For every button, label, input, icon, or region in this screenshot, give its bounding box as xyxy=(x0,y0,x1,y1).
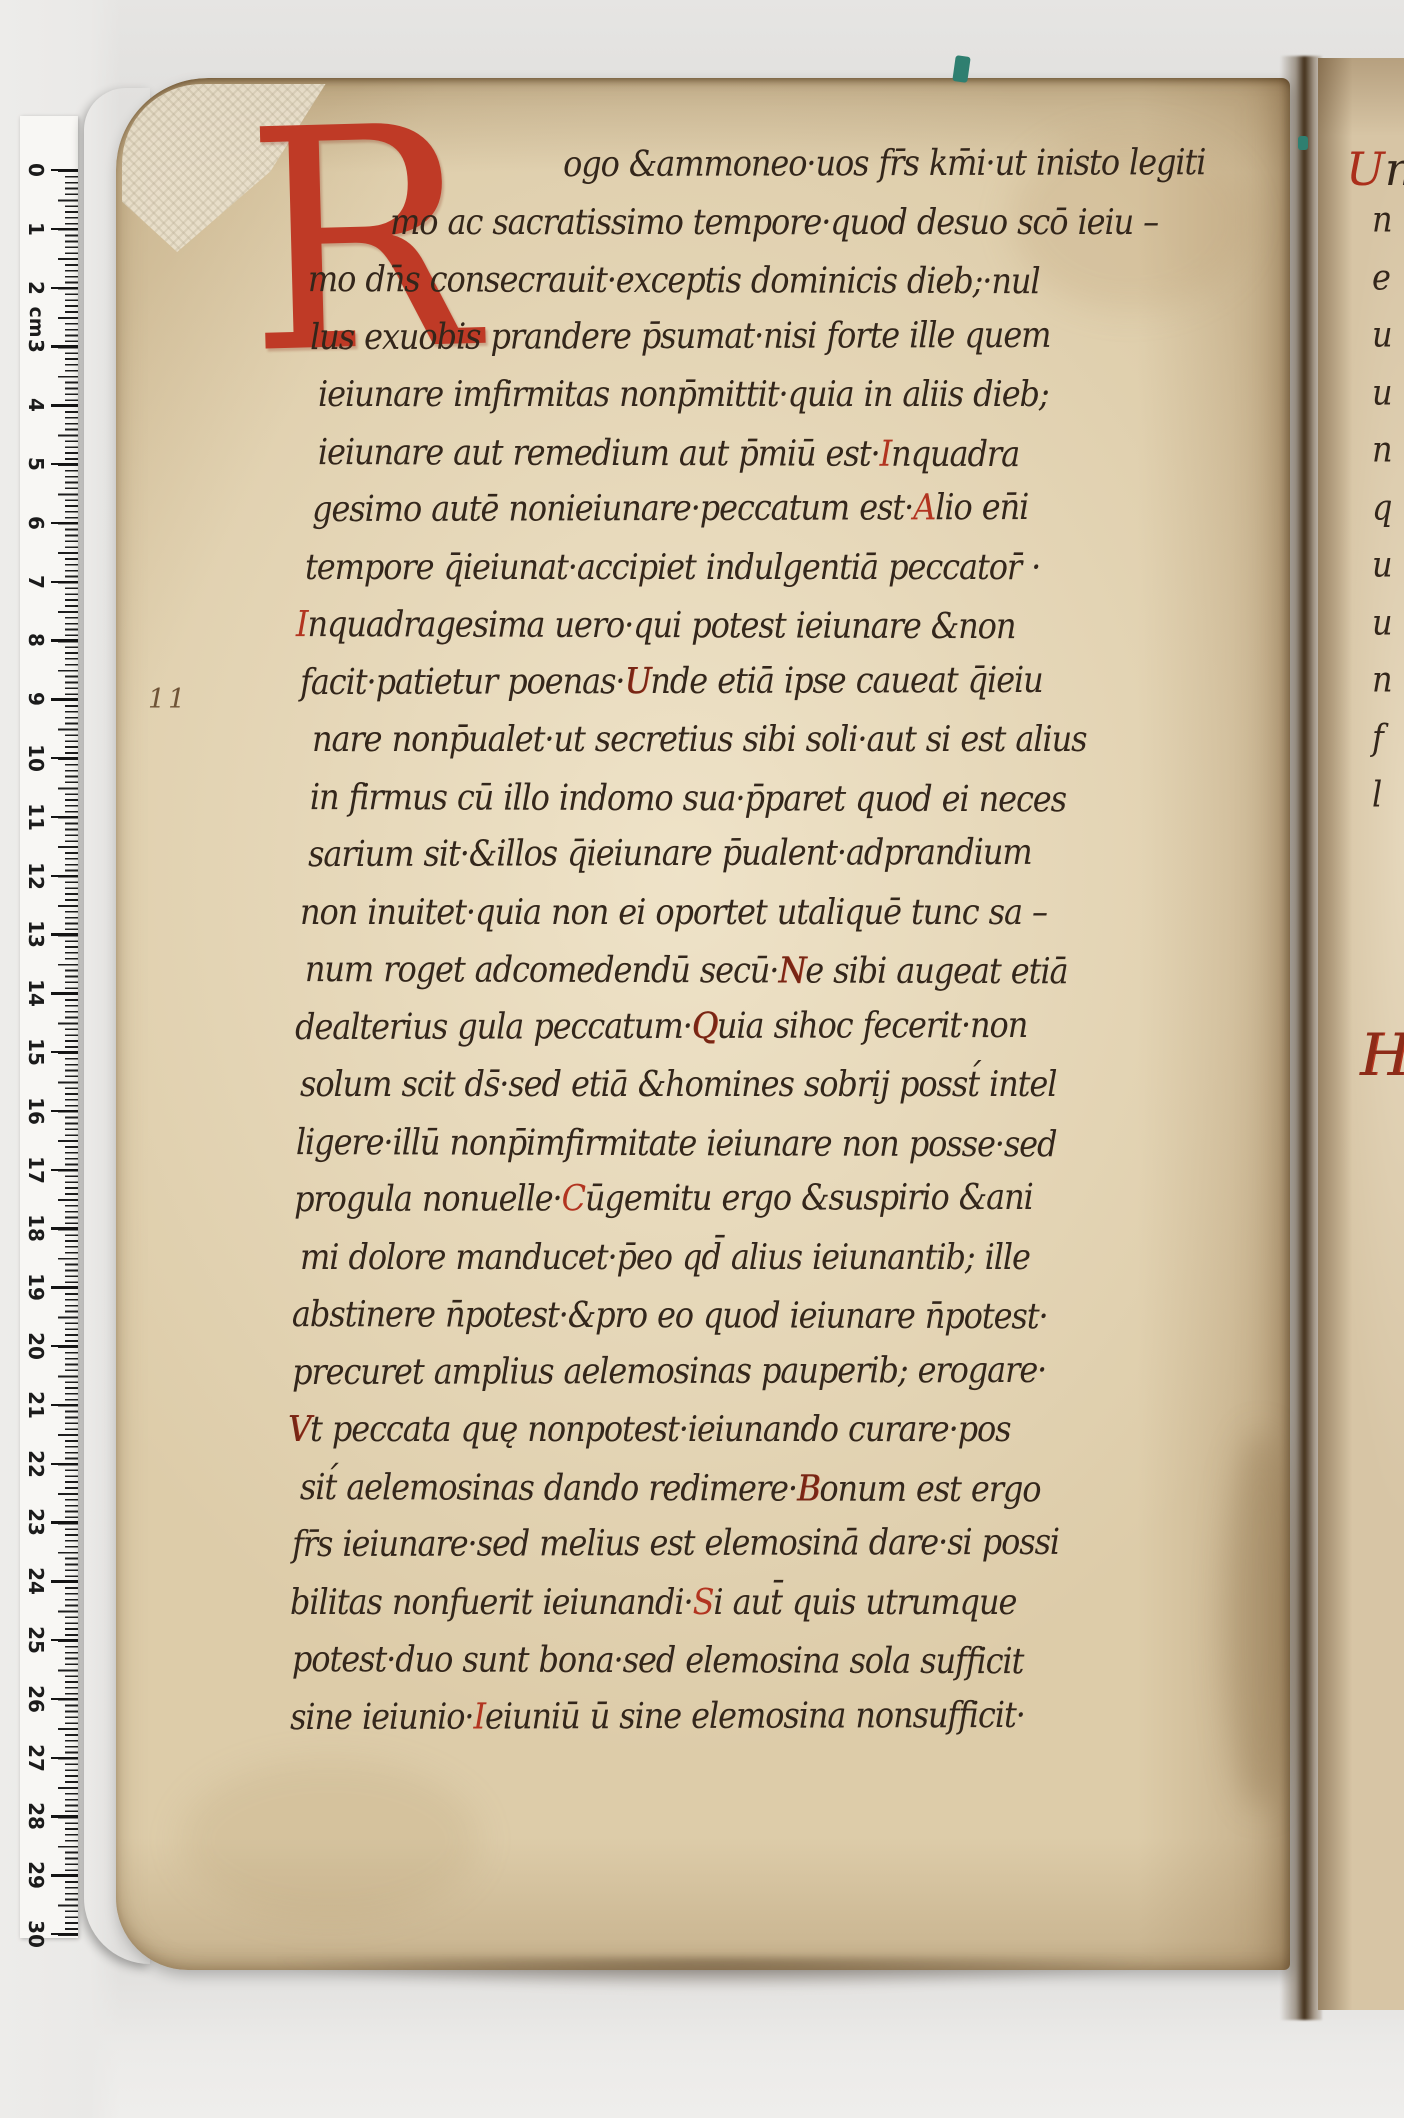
ruler-cm-tick xyxy=(51,169,78,171)
text-line: sine ieiunio·Ieiuniū ū sine elemosina no… xyxy=(290,1688,1025,1742)
ruler-cm-tick xyxy=(51,1698,78,1700)
facing-page-fragment: n xyxy=(1372,653,1393,705)
line-text: nquadragesima uero·qui potest ieiunare &… xyxy=(307,603,1015,648)
line-text: lus exuobis prandere p̄sumat·nisi forte … xyxy=(310,313,1050,358)
ruler-cm-tick xyxy=(51,933,78,935)
rubric-initial: A xyxy=(913,486,935,529)
ruler-cm-tick xyxy=(51,1110,78,1112)
text-line: ligere·illū nonp̄imfirmitate ieiunare no… xyxy=(296,1116,1057,1170)
text-line: abstinere n̄potest·&pro eo quod ieiunare… xyxy=(292,1288,1048,1342)
ruler-number: 27 xyxy=(24,1744,48,1772)
ruler-number: 7 xyxy=(24,568,48,596)
facing-page-fragment: u xyxy=(1372,366,1393,418)
line-text: e sibi augeat etiā xyxy=(805,949,1067,992)
rubric-initial: I xyxy=(880,432,892,475)
ruler-cm-tick xyxy=(51,875,78,877)
text-line: mi dolore manducet·p̄eo qd̄ alius ieiuna… xyxy=(300,1231,1030,1283)
ruler-cm-tick xyxy=(51,1815,78,1817)
ruler-number: 22 xyxy=(24,1450,48,1478)
cm-ruler: cm 0123456789101112131415161718192021222… xyxy=(20,116,78,1938)
line-text: mo ac sacratissimo tempore·quod desuo sc… xyxy=(390,200,1158,243)
line-text: non inuitet·quia non ei oportet utaliquē… xyxy=(300,890,1047,933)
text-line: num roget adcomedendū secū·Ne sibi augea… xyxy=(305,943,1068,997)
ruler-cm-tick xyxy=(51,639,78,641)
text-line: sarium sit·&illos q̄ieiunare p̄ualent·ad… xyxy=(308,826,1032,880)
ruler-cm-tick xyxy=(51,1463,78,1465)
ruler-number: 3 xyxy=(24,332,48,360)
ruler-cm-tick xyxy=(51,698,78,700)
ruler-number: 5 xyxy=(24,450,48,478)
line-text: bilitas nonfuerit ieiunandi· xyxy=(290,1580,693,1623)
line-text: ogo &ammoneo·uos fr̄s km̄i·ut inisto leg… xyxy=(563,141,1205,185)
line-text: in firmus cū illo indomo sua·p̄paret quo… xyxy=(310,775,1066,820)
ruler-cm-tick xyxy=(51,1169,78,1171)
line-text: tempore q̄ieiunat·accipiet indulgentiā p… xyxy=(305,545,1040,588)
ruler-cm-tick xyxy=(51,1286,78,1288)
facing-page-fragment: q xyxy=(1372,481,1392,533)
facing-page-fragment: u xyxy=(1372,596,1393,648)
ruler-number: 20 xyxy=(24,1332,48,1360)
line-text: sine ieiunio· xyxy=(290,1694,473,1737)
line-text: progula nonuelle· xyxy=(294,1177,562,1220)
ruler-number: 6 xyxy=(24,509,48,537)
line-text: gesimo autē nonieiunare·peccatum est· xyxy=(312,486,913,530)
rubric-initial: V xyxy=(288,1407,310,1450)
rubric-initial: U xyxy=(624,659,650,702)
ruler-number: 19 xyxy=(24,1273,48,1301)
line-text: sit́ aelemosinas dando redimere· xyxy=(300,1465,797,1509)
ruler-number: 17 xyxy=(24,1156,48,1184)
line-text: onum est ergo xyxy=(819,1467,1040,1510)
ruler-number: 1 xyxy=(24,215,48,243)
text-line: mo dn̄s consecrauit·exceptis dominicis d… xyxy=(308,253,1040,307)
ruler-cm-tick xyxy=(51,1874,78,1876)
facing-page-fragment: f xyxy=(1372,711,1384,763)
text-line: tempore q̄ieiunat·accipiet indulgentiā p… xyxy=(305,541,1040,593)
ruler-number: 11 xyxy=(24,803,48,831)
ruler-cm-tick xyxy=(51,1345,78,1347)
ruler-cm-tick xyxy=(51,1580,78,1582)
ruler-cm-tick xyxy=(51,1521,78,1523)
text-line: nare nonp̄ualet·ut secretius sibi soli·a… xyxy=(312,713,1086,765)
text-line: ieiunare aut remedium aut p̄miū est·Inqu… xyxy=(318,426,1019,480)
line-text: precuret amplius aelemosinas pauperib; e… xyxy=(292,1348,1046,1393)
ruler-number: 24 xyxy=(24,1567,48,1595)
line-text: fr̄s ieiunare·sed melius est elemosinā d… xyxy=(292,1520,1059,1565)
manuscript-photo: cm 0123456789101112131415161718192021222… xyxy=(0,0,1404,2118)
parchment-stain xyxy=(180,1760,480,1920)
book-bottom-shadow xyxy=(120,1958,1310,2004)
text-line: potest·duo sunt bona·sed elemosina sola … xyxy=(292,1633,1024,1687)
ruler-number: 18 xyxy=(24,1214,48,1242)
facing-page-initial-h: H xyxy=(1360,1026,1404,1084)
rubric-initial: I xyxy=(473,1694,485,1737)
ruler-number: 2 xyxy=(24,274,48,302)
line-text: ieiunare aut remedium aut p̄miū est· xyxy=(318,430,880,474)
text-line: dealterius gula peccatum·Quia sihoc fece… xyxy=(295,998,1027,1052)
line-text: sarium sit·&illos q̄ieiunare p̄ualent·ad… xyxy=(308,830,1032,875)
ruler-number: 16 xyxy=(24,1097,48,1125)
line-text: dealterius gula peccatum· xyxy=(295,1004,692,1048)
line-text: nare nonp̄ualet·ut secretius sibi soli·a… xyxy=(312,717,1086,760)
ruler-cm-tick xyxy=(51,816,78,818)
ruler-cm-tick xyxy=(51,757,78,759)
text-line: in firmus cū illo indomo sua·p̄paret quo… xyxy=(310,771,1066,825)
text-line: bilitas nonfuerit ieiunandi·Si aut̄ quis… xyxy=(290,1576,1016,1628)
facing-page-fragment: l xyxy=(1372,768,1382,820)
rubric-initial: B xyxy=(797,1466,820,1509)
rubric-initial: C xyxy=(562,1177,585,1220)
rubric-initial: S xyxy=(693,1580,714,1623)
ruler-cm-tick xyxy=(51,228,78,230)
ruler-cm-tick xyxy=(51,1227,78,1229)
facing-page-fragment: e xyxy=(1372,251,1391,303)
ruler-number: 9 xyxy=(24,685,48,713)
ruler-cm-tick xyxy=(51,463,78,465)
text-line: sit́ aelemosinas dando redimere·Bonum es… xyxy=(300,1461,1041,1515)
line-text: t peccata quę nonpotest·ieiunando curare… xyxy=(310,1407,1011,1450)
line-text: facit·patietur poenas· xyxy=(300,659,625,703)
line-text: potest·duo sunt bona·sed elemosina sola … xyxy=(292,1637,1024,1682)
marginal-number: 11 xyxy=(148,686,188,713)
facing-page-fragment: u xyxy=(1372,538,1393,590)
rubric-initial: Q xyxy=(692,1004,717,1047)
ruler-cm-tick xyxy=(51,345,78,347)
text-line: Inquadragesima uero·qui potest ieiunare … xyxy=(296,598,1016,652)
ruler-cm-tick xyxy=(51,1404,78,1406)
ruler-cm-tick xyxy=(51,1933,78,1935)
ruler-number: 26 xyxy=(24,1685,48,1713)
line-text: mi dolore manducet·p̄eo qd̄ alius ieiuna… xyxy=(300,1235,1030,1278)
facing-page-fragment: n xyxy=(1372,423,1393,475)
bookmark-thread xyxy=(1298,136,1308,150)
text-line: facit·patietur poenas·Unde etiā ipse cau… xyxy=(300,653,1043,707)
ruler-number: 0 xyxy=(24,156,48,184)
text-line: fr̄s ieiunare·sed melius est elemosinā d… xyxy=(292,1516,1059,1570)
text-line: ogo &ammoneo·uos fr̄s km̄i·ut inisto leg… xyxy=(563,136,1205,189)
ruler-cm-tick xyxy=(51,581,78,583)
ruler-cm-tick xyxy=(51,522,78,524)
facing-initial-letter: U xyxy=(1346,142,1385,196)
line-text: mo dn̄s consecrauit·exceptis dominicis d… xyxy=(308,257,1040,302)
ruler-cm-tick xyxy=(51,1757,78,1759)
ruler-number: 28 xyxy=(24,1802,48,1830)
line-text: eiuniū ū sine elemosina nonsufficit· xyxy=(485,1693,1025,1737)
rubric-initial: N xyxy=(778,949,805,992)
ruler-number: 29 xyxy=(24,1861,48,1889)
line-text: solum scit ds̄·sed etiā &homines sobrij … xyxy=(300,1062,1056,1105)
facing-page-fragment: n xyxy=(1372,193,1393,245)
ruler-number: 25 xyxy=(24,1626,48,1654)
facing-page-fragment: u xyxy=(1372,308,1393,360)
text-line: lus exuobis prandere p̄sumat·nisi forte … xyxy=(310,308,1050,362)
ruler-number: 10 xyxy=(24,744,48,772)
text-line: solum scit ds̄·sed etiā &homines sobrij … xyxy=(300,1058,1056,1110)
text-line: mo ac sacratissimo tempore·quod desuo sc… xyxy=(390,196,1158,248)
line-text: uia sihoc fecerit·non xyxy=(717,1003,1027,1046)
book-gutter xyxy=(1280,56,1322,2020)
ruler-number: 30 xyxy=(24,1920,48,1948)
ruler-number: 12 xyxy=(24,862,48,890)
ruler-number: 21 xyxy=(24,1391,48,1419)
line-text: abstinere n̄potest·&pro eo quod ieiunare… xyxy=(292,1292,1048,1337)
line-text: nde etiā ipse caueat q̄ieiu xyxy=(650,658,1042,702)
ruler-number: 14 xyxy=(24,979,48,1007)
line-text: num roget adcomedendū secū· xyxy=(305,947,779,991)
facing-page-initial: Un xyxy=(1346,146,1404,192)
text-line: progula nonuelle·Cūgemitu ergo &suspirio… xyxy=(294,1171,1033,1225)
line-text: ieiunare imfirmitas nonp̄mittit·quia in … xyxy=(318,372,1049,415)
ruler-number: 4 xyxy=(24,391,48,419)
text-line: Vt peccata quę nonpotest·ieiunando curar… xyxy=(288,1403,1011,1455)
ruler-cm-tick xyxy=(51,1639,78,1641)
ruler-cm-tick xyxy=(51,404,78,406)
ruler-cm-tick xyxy=(51,992,78,994)
line-text: lio en̄i xyxy=(935,485,1028,528)
line-text: ūgemitu ergo &suspirio &ani xyxy=(585,1175,1033,1219)
rubric-initial: I xyxy=(296,602,308,645)
ruler-number: 15 xyxy=(24,1038,48,1066)
text-line: non inuitet·quia non ei oportet utaliquē… xyxy=(300,886,1047,938)
ruler-cm-tick xyxy=(51,287,78,289)
ruler-number: 8 xyxy=(24,626,48,654)
ruler-number: 13 xyxy=(24,920,48,948)
facing-initial-rest: n xyxy=(1385,142,1404,196)
ruler-number: 23 xyxy=(24,1508,48,1536)
ruler-cm-tick xyxy=(51,1051,78,1053)
text-line: precuret amplius aelemosinas pauperib; e… xyxy=(292,1343,1046,1397)
line-text: nquadra xyxy=(891,432,1019,475)
line-text: ligere·illū nonp̄imfirmitate ieiunare no… xyxy=(296,1120,1057,1165)
line-text: i aut̄ quis utrumque xyxy=(713,1580,1016,1623)
text-line: ieiunare imfirmitas nonp̄mittit·quia in … xyxy=(318,368,1049,420)
text-line: gesimo autē nonieiunare·peccatum est·Ali… xyxy=(312,481,1028,535)
